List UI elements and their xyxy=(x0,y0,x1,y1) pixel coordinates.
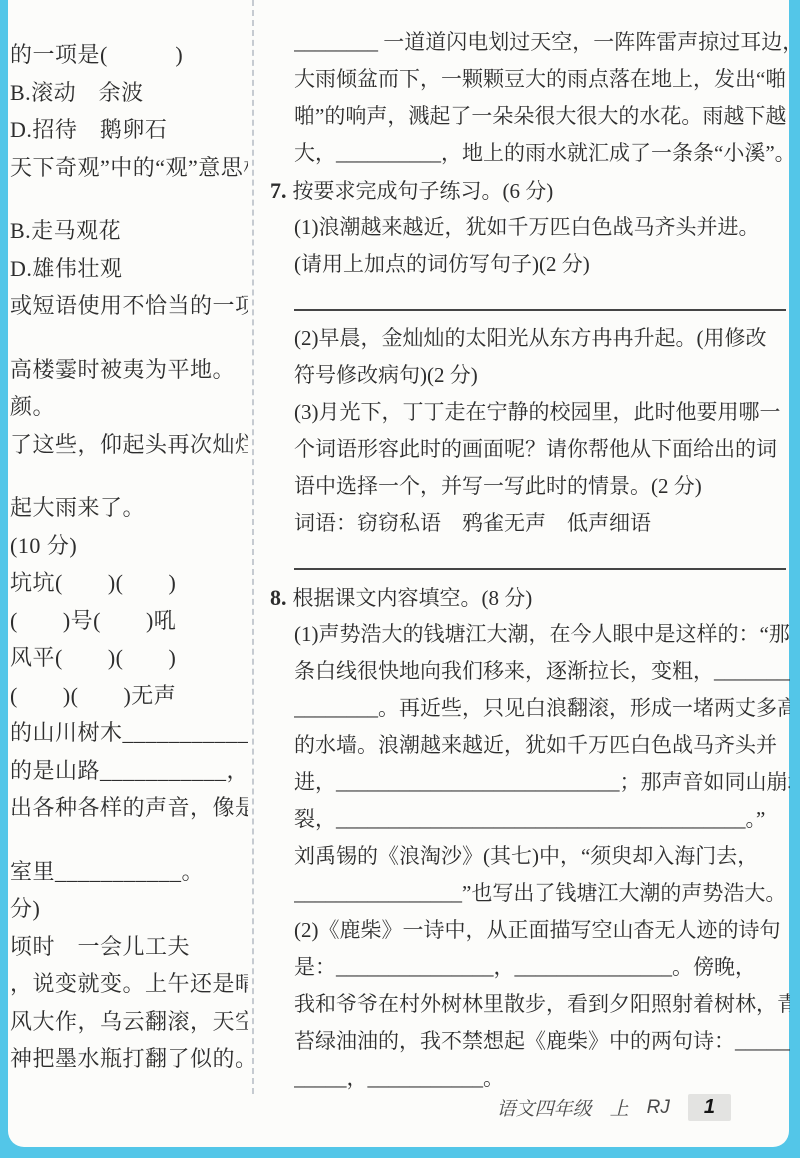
text-line: 大雨倾盆而下，一颗颗豆大的雨点落在地上，发出“啪 xyxy=(294,61,790,98)
line-text: 根据课文内容填空。(8 分) xyxy=(293,586,533,610)
text-line: (3)月光下，丁丁走在宁静的校园里，此时他要用哪一 xyxy=(294,394,790,431)
text-line: ________。再近些，只见白浪翻滚，形成一堵两丈多高 xyxy=(294,690,790,727)
line-text: (请用上加点的词仿写句子)(2 分) xyxy=(294,252,590,276)
line-spacer xyxy=(10,827,248,853)
text-line: 风大作，乌云翻滚，天空 xyxy=(10,1003,248,1041)
line-text: _____，___________。 xyxy=(294,1066,504,1090)
text-line: 了这些，仰起头再次灿烂地 xyxy=(10,426,248,464)
line-text: 个词语形容此时的画面呢？请你帮他从下面给出的词 xyxy=(294,437,777,461)
text-line: B.走马观花 xyxy=(10,212,248,250)
line-text: 是：_______________，_______________。傍晚， xyxy=(294,955,756,979)
line-text: 啪”的响声，溅起了一朵朵很大很大的水花。雨越下越 xyxy=(294,104,786,128)
column-divider xyxy=(252,0,254,1094)
text-line: D.招待 鹅卵石 xyxy=(10,111,248,149)
worksheet-page: 的一项是( )B.滚动 余波D.招待 鹅卵石天下奇观”中的“观”意思相B.走马观… xyxy=(8,0,789,1147)
text-line: 的一项是( ) xyxy=(10,36,248,74)
text-line: ________________”也写出了钱塘江大潮的声势浩大。 xyxy=(294,875,790,912)
line-spacer xyxy=(10,186,248,212)
line-text: 起大雨来了。 xyxy=(10,495,145,520)
question-number: 7. xyxy=(270,178,287,203)
line-text: 我和爷爷在村外树林里散步，看到夕阳照射着树林，青 xyxy=(294,992,790,1016)
line-text: 刘禹锡的《浪淘沙》(其七)中，“须臾却入海门去， xyxy=(294,844,758,868)
text-line: ( )号( )吼 xyxy=(10,602,248,640)
line-text: (1)声势浩大的钱塘江大潮，在今人眼中是这样的：“那 xyxy=(294,622,790,646)
line-text: 进，___________________________；那声音如同山崩地 xyxy=(294,770,790,794)
line-text: 的一项是( ) xyxy=(10,42,183,67)
right-column: ________ 一道道闪电划过天空，一阵阵雷声掠过耳边，大雨倾盆而下，一颗颗豆… xyxy=(258,24,790,1097)
text-line: 苔绿油油的，我不禁想起《鹿柴》中的两句诗：_______ xyxy=(294,1023,790,1060)
line-text: 了这些，仰起头再次灿烂地 xyxy=(10,432,248,457)
text-line: (1)声势浩大的钱塘江大潮，在今人眼中是这样的：“那 xyxy=(294,616,790,653)
text-line: 是：_______________，_______________。傍晚， xyxy=(294,949,790,986)
line-text: 大，__________，地上的雨水就汇成了一条条“小溪”。 xyxy=(294,141,790,165)
line-text: ( )号( )吼 xyxy=(10,608,176,633)
text-line: ________ 一道道闪电划过天空，一阵阵雷声掠过耳边， xyxy=(294,24,790,61)
text-line: B.滚动 余波 xyxy=(10,74,248,112)
left-column: 的一项是( )B.滚动 余波D.招待 鹅卵石天下奇观”中的“观”意思相B.走马观… xyxy=(10,36,248,1078)
text-line: (请用上加点的词仿写句子)(2 分) xyxy=(294,246,790,283)
text-line: 起大雨来了。 xyxy=(10,489,248,527)
text-line: 8.根据课文内容填空。(8 分) xyxy=(270,579,790,616)
line-text: 高楼霎时被夷为平地。 xyxy=(10,357,235,382)
line-text: 神把墨水瓶打翻了似的。 xyxy=(10,1046,248,1071)
text-line: 词语：窃窃私语 鸦雀无声 低声细语 xyxy=(294,505,790,542)
text-line: 坑坑( )( ) xyxy=(10,564,248,602)
line-text: 裂，______________________________________… xyxy=(294,807,765,831)
text-line: 的是山路___________，很 xyxy=(10,752,248,790)
line-text: 的山川树木___________， xyxy=(10,720,248,745)
footer-edition: RJ xyxy=(647,1097,670,1119)
text-line: 的水墙。浪潮越来越近，犹如千万匹白色战马齐头并 xyxy=(294,727,790,764)
text-line: 7.按要求完成句子练习。(6 分) xyxy=(270,172,790,209)
line-text: 室里___________。 xyxy=(10,859,204,884)
line-text: 语中选择一个，并写一写此时的情景。(2 分) xyxy=(294,474,702,498)
text-line: 天下奇观”中的“观”意思相 xyxy=(10,149,248,187)
question-number: 8. xyxy=(270,585,287,610)
line-text: 顷时 一会儿工夫 xyxy=(10,934,190,959)
text-line: (10 分) xyxy=(10,527,248,565)
answer-underline xyxy=(294,568,786,570)
footer-book-title: 语文四年级 xyxy=(497,1094,592,1121)
line-spacer xyxy=(10,463,248,489)
line-text: (10 分) xyxy=(10,533,77,558)
line-text: ________。再近些，只见白浪翻滚，形成一堵两丈多高 xyxy=(294,696,790,720)
line-text: B.走马观花 xyxy=(10,218,121,243)
text-line: 刘禹锡的《浪淘沙》(其七)中，“须臾却入海门去， xyxy=(294,838,790,875)
text-line: 神把墨水瓶打翻了似的。 xyxy=(10,1040,248,1078)
line-text: 的水墙。浪潮越来越近，犹如千万匹白色战马齐头并 xyxy=(294,733,777,757)
line-text: 大雨倾盆而下，一颗颗豆大的雨点落在地上，发出“啪 xyxy=(294,67,786,91)
line-text: D.雄伟壮观 xyxy=(10,256,122,281)
line-text: 风大作，乌云翻滚，天空 xyxy=(10,1009,248,1034)
line-text: 苔绿油油的，我不禁想起《鹿柴》中的两句诗：_______ xyxy=(294,1029,790,1053)
line-text: B.滚动 余波 xyxy=(10,80,144,105)
text-line: 裂，______________________________________… xyxy=(294,801,790,838)
text-line: (2)早晨，金灿灿的太阳光从东方冉冉升起。(用修改 xyxy=(294,320,790,357)
line-text: (3)月光下，丁丁走在宁静的校园里，此时他要用哪一 xyxy=(294,400,780,424)
text-line: ( )( )无声 xyxy=(10,677,248,715)
line-spacer xyxy=(10,325,248,351)
text-line: 条白线很快地向我们移来，逐渐拉长，变粗，________ xyxy=(294,653,790,690)
line-text: 按要求完成句子练习。(6 分) xyxy=(293,179,554,203)
line-text: (2)《鹿柴》一诗中，从正面描写空山杳无人迹的诗句 xyxy=(294,918,780,942)
text-line: 语中选择一个，并写一写此时的情景。(2 分) xyxy=(294,468,790,505)
line-text: ，说变就变。上午还是晴空 xyxy=(10,971,248,996)
text-line: 顷时 一会儿工夫 xyxy=(10,928,248,966)
line-text: D.招待 鹅卵石 xyxy=(10,117,167,142)
text-line: ，说变就变。上午还是晴空 xyxy=(10,965,248,1003)
line-text: 分) xyxy=(10,896,40,921)
footer-page-number: 1 xyxy=(688,1094,731,1121)
footer-volume: 上 xyxy=(610,1094,629,1121)
text-line: 进，___________________________；那声音如同山崩地 xyxy=(294,764,790,801)
answer-line xyxy=(294,283,790,320)
text-line: 室里___________。 xyxy=(10,853,248,891)
text-line: 或短语使用不恰当的一项 xyxy=(10,287,248,325)
line-text: 条白线很快地向我们移来，逐渐拉长，变粗，________ xyxy=(294,659,790,683)
text-line: 颜。 xyxy=(10,388,248,426)
line-text: 或短语使用不恰当的一项 xyxy=(10,293,248,318)
line-text: ________ 一道道闪电划过天空，一阵阵雷声掠过耳边， xyxy=(294,30,790,54)
line-text: 出各种各样的声音，像是 xyxy=(10,795,248,820)
text-line: 的山川树木___________， xyxy=(10,714,248,752)
answer-line xyxy=(294,542,790,579)
text-line: 分) xyxy=(10,890,248,928)
line-text: (1)浪潮越来越近，犹如千万匹白色战马齐头并进。 xyxy=(294,215,760,239)
line-text: 词语：窃窃私语 鸦雀无声 低声细语 xyxy=(294,511,651,535)
line-text: 颜。 xyxy=(10,394,55,419)
line-text: ________________”也写出了钱塘江大潮的声势浩大。 xyxy=(294,881,786,905)
line-text: 风平( )( ) xyxy=(10,645,176,670)
text-line: (1)浪潮越来越近，犹如千万匹白色战马齐头并进。 xyxy=(294,209,790,246)
line-text: 的是山路___________，很 xyxy=(10,758,248,783)
text-line: 符号修改病句)(2 分) xyxy=(294,357,790,394)
text-line: 高楼霎时被夷为平地。 xyxy=(10,351,248,389)
line-text: ( )( )无声 xyxy=(10,683,176,708)
text-line: _____，___________。 xyxy=(294,1060,790,1097)
text-line: 个词语形容此时的画面呢？请你帮他从下面给出的词 xyxy=(294,431,790,468)
answer-underline xyxy=(294,309,786,311)
line-text: 坑坑( )( ) xyxy=(10,570,176,595)
page-footer: 语文四年级 上 RJ 1 xyxy=(497,1094,731,1121)
text-line: 出各种各样的声音，像是 xyxy=(10,789,248,827)
text-line: (2)《鹿柴》一诗中，从正面描写空山杳无人迹的诗句 xyxy=(294,912,790,949)
text-line: 大，__________，地上的雨水就汇成了一条条“小溪”。 xyxy=(294,135,790,172)
line-text: 符号修改病句)(2 分) xyxy=(294,363,478,387)
text-line: 风平( )( ) xyxy=(10,639,248,677)
text-line: 啪”的响声，溅起了一朵朵很大很大的水花。雨越下越 xyxy=(294,98,790,135)
text-line: 我和爷爷在村外树林里散步，看到夕阳照射着树林，青 xyxy=(294,986,790,1023)
text-line: D.雄伟壮观 xyxy=(10,250,248,288)
line-text: (2)早晨，金灿灿的太阳光从东方冉冉升起。(用修改 xyxy=(294,326,766,350)
line-text: 天下奇观”中的“观”意思相 xyxy=(10,155,248,180)
